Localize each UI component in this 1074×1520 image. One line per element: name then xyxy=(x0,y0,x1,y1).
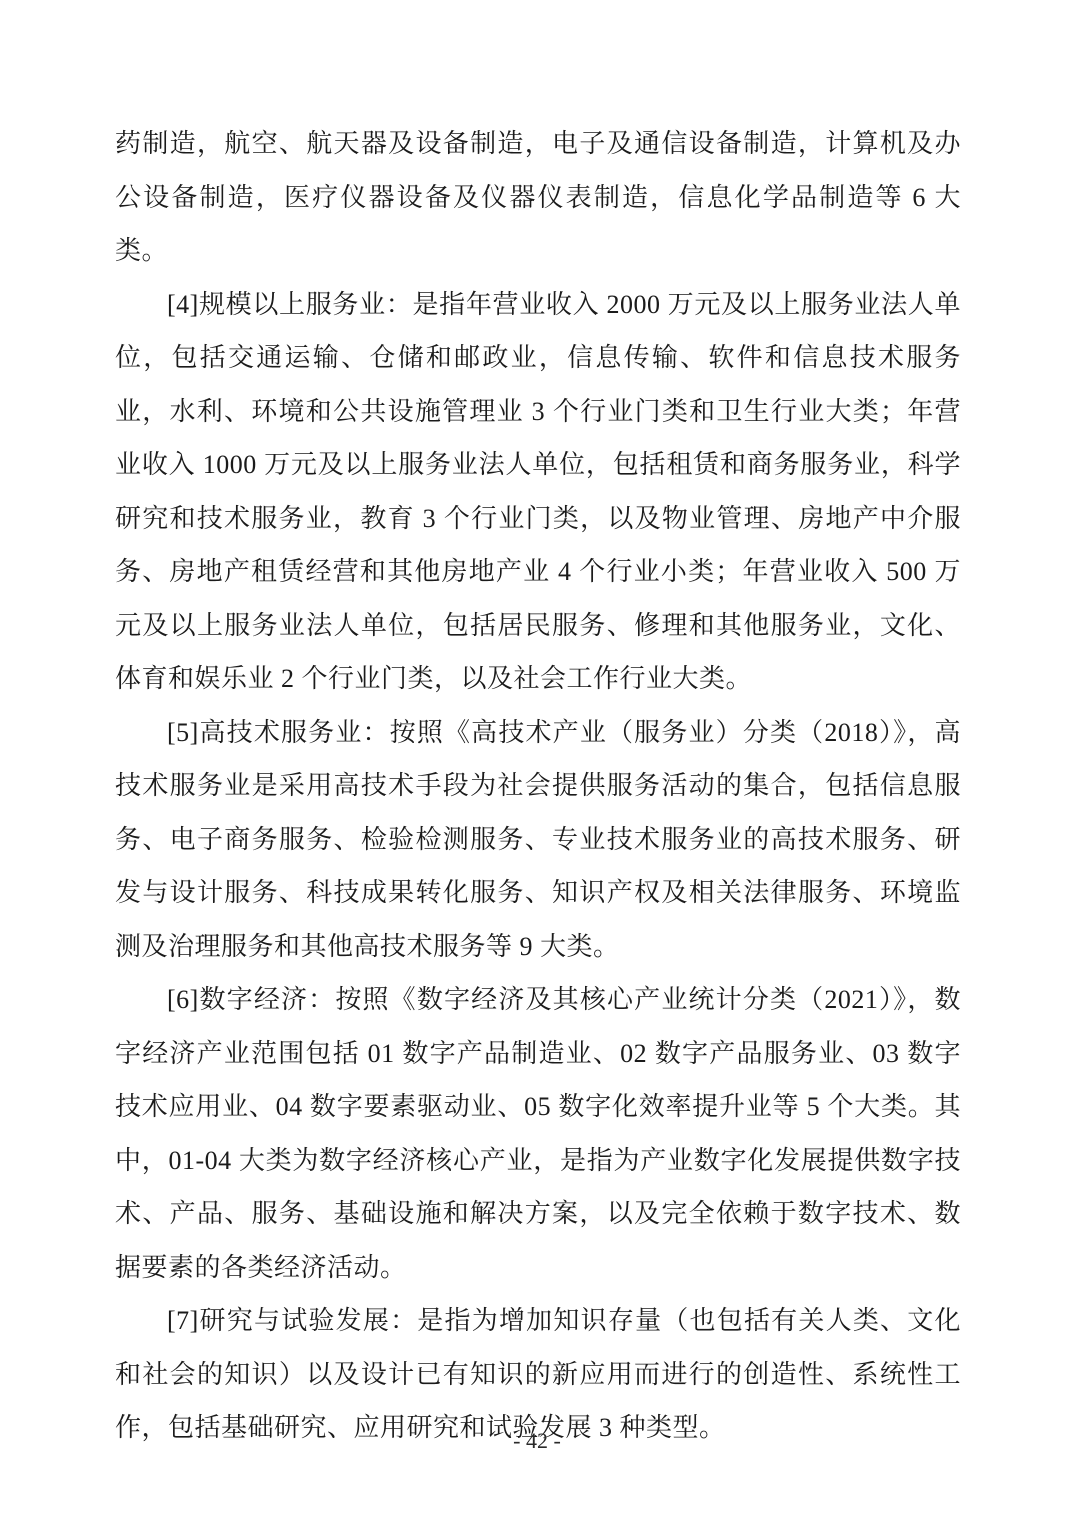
document-page: 药制造，航空、航天器及设备制造，电子及通信设备制造，计算机及办公设备制造，医疗仪… xyxy=(0,0,1074,1520)
paragraph-note-6: [6]数字经济：按照《数字经济及其核心产业统计分类（2021）》，数字经济产业范… xyxy=(115,973,961,1294)
page-content: 药制造，航空、航天器及设备制造，电子及通信设备制造，计算机及办公设备制造，医疗仪… xyxy=(115,117,961,1455)
page-footer: - 42 - xyxy=(0,1426,1074,1456)
paragraph-note-5: [5]高技术服务业：按照《高技术产业（服务业）分类（2018）》，高技术服务业是… xyxy=(115,706,961,974)
paragraph-note-4: [4]规模以上服务业：是指年营业收入 2000 万元及以上服务业法人单位，包括交… xyxy=(115,278,961,706)
page-number: - 42 - xyxy=(513,1428,561,1453)
paragraph-continuation-note-3: 药制造，航空、航天器及设备制造，电子及通信设备制造，计算机及办公设备制造，医疗仪… xyxy=(115,117,961,278)
